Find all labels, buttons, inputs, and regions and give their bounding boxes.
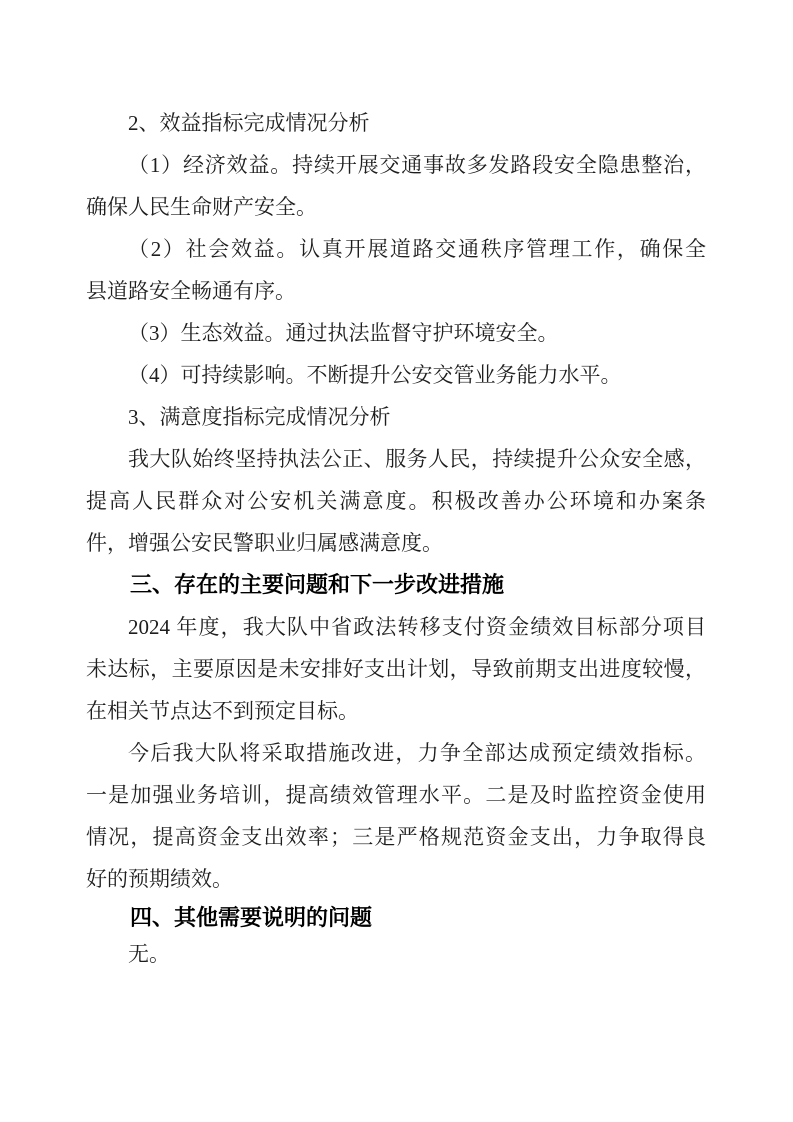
document-body: 2、效益指标完成情况分析（1）经济效益。持续开展交通事故多发路段安全隐患整治，确…	[86, 102, 706, 972]
text-line: 确保人民生命财产安全。	[86, 186, 706, 228]
text-line: 县道路安全畅通有序。	[86, 270, 706, 312]
para-social-benefit: （2）社会效益。认真开展道路交通秩序管理工作，确保全县道路安全畅通有序。	[86, 228, 706, 312]
text-line: 无。	[86, 936, 706, 972]
text-line: 2024 年度，我大队中省政法转移支付资金绩效目标部分项目	[86, 606, 706, 648]
subheading-benefit-indicators: 2、效益指标完成情况分析	[86, 102, 706, 144]
subheading-satisfaction-indicators: 3、满意度指标完成情况分析	[86, 396, 706, 438]
para-problems-description: 2024 年度，我大队中省政法转移支付资金绩效目标部分项目未达标，主要原因是未安…	[86, 606, 706, 732]
text-line: 情况，提高资金支出效率；三是严格规范资金支出，力争取得良	[86, 816, 706, 858]
text-line: 2、效益指标完成情况分析	[86, 102, 706, 144]
text-line: 提高人民群众对公安机关满意度。积极改善办公环境和办案条	[86, 480, 706, 522]
text-line: 今后我大队将采取措施改进，力争全部达成预定绩效指标。	[86, 732, 706, 774]
document-page: 2、效益指标完成情况分析（1）经济效益。持续开展交通事故多发路段安全隐患整治，确…	[0, 0, 793, 1122]
text-line: （4）可持续影响。不断提升公安交管业务能力水平。	[86, 354, 706, 396]
para-none: 无。	[86, 936, 706, 972]
text-line: （1）经济效益。持续开展交通事故多发路段安全隐患整治，	[86, 144, 706, 186]
para-economic-benefit: （1）经济效益。持续开展交通事故多发路段安全隐患整治，确保人民生命财产安全。	[86, 144, 706, 228]
text-line: 未达标，主要原因是未安排好支出计划，导致前期支出进度较慢，	[86, 648, 706, 690]
para-satisfaction-analysis: 我大队始终坚持执法公正、服务人民，持续提升公众安全感，提高人民群众对公安机关满意…	[86, 438, 706, 564]
text-line: 件，增强公安民警职业归属感满意度。	[86, 522, 706, 564]
para-improvement-measures: 今后我大队将采取措施改进，力争全部达成预定绩效指标。一是加强业务培训，提高绩效管…	[86, 732, 706, 900]
text-line: 一是加强业务培训，提高绩效管理水平。二是及时监控资金使用	[86, 774, 706, 816]
heading-section-three-problems: 三、存在的主要问题和下一步改进措施	[86, 564, 706, 606]
text-line: 在相关节点达不到预定目标。	[86, 690, 706, 732]
text-line: 3、满意度指标完成情况分析	[86, 396, 706, 438]
text-line: 好的预期绩效。	[86, 858, 706, 900]
heading-section-four-other-issues: 四、其他需要说明的问题	[86, 900, 706, 936]
para-ecological-benefit: （3）生态效益。通过执法监督守护环境安全。	[86, 312, 706, 354]
text-line: （3）生态效益。通过执法监督守护环境安全。	[86, 312, 706, 354]
text-line: 四、其他需要说明的问题	[86, 900, 706, 936]
text-line: 三、存在的主要问题和下一步改进措施	[86, 564, 706, 606]
text-line: 我大队始终坚持执法公正、服务人民，持续提升公众安全感，	[86, 438, 706, 480]
text-line: （2）社会效益。认真开展道路交通秩序管理工作，确保全	[86, 228, 706, 270]
para-sustainable-impact: （4）可持续影响。不断提升公安交管业务能力水平。	[86, 354, 706, 396]
